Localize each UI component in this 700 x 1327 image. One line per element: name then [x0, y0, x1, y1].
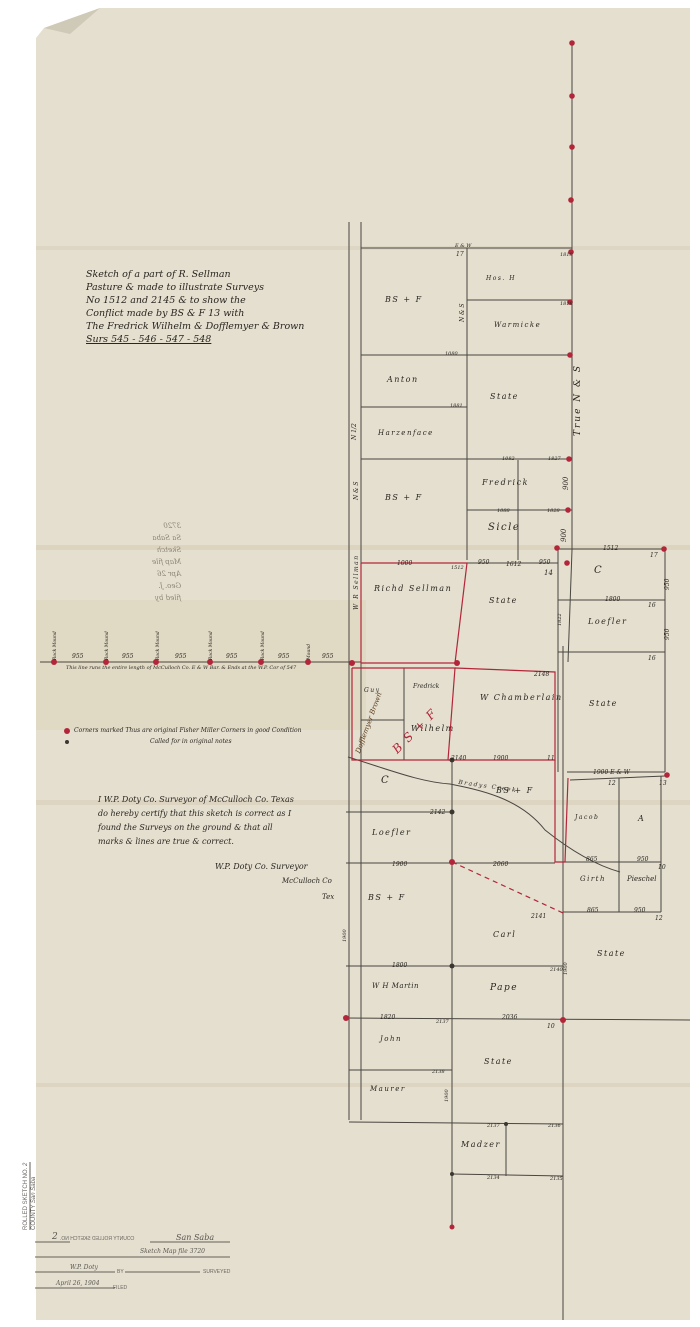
- line-label-n-half: N 1/2: [352, 423, 358, 440]
- number-label: 2138: [432, 1070, 445, 1075]
- stamp-sketch-file: Sketch Map file 3720: [140, 1249, 205, 1255]
- survey-bsf-lower: BS + F: [368, 894, 406, 902]
- title-note-line: Conflict made by BS & F 13 with: [86, 307, 304, 320]
- number-label: 950: [637, 857, 648, 863]
- survey-c-mid: C: [381, 776, 390, 786]
- certificate-line: do hereby certify that this sketch is co…: [98, 807, 294, 821]
- stamp-by-label: BY: [117, 1269, 124, 1275]
- number-label: 1881: [450, 404, 463, 409]
- number-label: 1080: [445, 352, 458, 357]
- number-label: 1900 E & W: [593, 770, 630, 776]
- number-label: 1822: [558, 613, 563, 626]
- stamp-rolled-sketch-number: 2: [52, 1233, 58, 1242]
- number-label: 2134: [487, 1176, 500, 1181]
- baseline-distance: 955: [122, 654, 133, 660]
- side-stamp: ROLLED SKETCH NO. 2 COUNTY San Saba: [22, 1163, 38, 1230]
- stamp-filed-date: April 26, 1904: [56, 1281, 100, 1287]
- number-label: 1512: [603, 546, 618, 552]
- survey-bsf-creek: BS + F: [496, 787, 534, 795]
- survey-map: [0, 0, 700, 1327]
- number-label: 2135: [550, 1177, 563, 1182]
- certificate-line: found the Surveys on the ground & that a…: [98, 821, 294, 835]
- stamp-surveyed-label: SURVEYED: [203, 1269, 230, 1275]
- survey-anton: Anton: [387, 376, 419, 384]
- survey-loefler-right: Loefler: [588, 618, 627, 626]
- number-label: 950: [665, 579, 671, 590]
- number-label: 2142: [430, 810, 445, 816]
- number-label: 1900: [343, 929, 348, 942]
- baseline-distance: 955: [72, 654, 83, 660]
- baseline-distance: 955: [175, 654, 186, 660]
- side-stamp-county: San Saba: [31, 1177, 37, 1203]
- number-label: 1900: [445, 1089, 450, 1102]
- line-label-wr-sellman: W R Sellman: [354, 554, 360, 610]
- number-label: 1088: [497, 509, 510, 514]
- number-label: 16: [648, 656, 656, 662]
- number-label: 2136: [548, 1124, 561, 1129]
- survey-warmicke: Warmicke: [494, 322, 541, 329]
- number-label: 1082: [502, 457, 515, 462]
- number-label: 950: [478, 560, 489, 566]
- title-note: Sketch of a part of R. Sellman Pasture &…: [86, 268, 304, 346]
- survey-maurer: Maurer: [370, 1086, 406, 1093]
- number-label: 950: [539, 560, 550, 566]
- number-label: 16: [648, 603, 656, 609]
- title-note-line: Surs 545 - 546 - 547 - 548: [86, 333, 304, 346]
- survey-carl: Carl: [493, 931, 516, 939]
- number-label: 10: [658, 865, 666, 871]
- number-label: 1900: [493, 756, 508, 762]
- number-label: 2137: [436, 1020, 449, 1025]
- number-label: 900: [563, 477, 570, 490]
- survey-wh-martin: W H Martin: [372, 983, 419, 990]
- number-label: 1818: [560, 253, 573, 258]
- stamp-filed-label: FILED: [113, 1285, 127, 1291]
- number-label: 865: [587, 908, 598, 914]
- stamp-rolled-sketch-label: COUNTY ROLLED SKETCH NO.: [60, 1236, 134, 1242]
- filing-note-line: filed by: [152, 592, 181, 604]
- filing-note-line: 3720: [152, 520, 181, 532]
- survey-bsf-top: BS + F: [385, 296, 423, 304]
- certificate-line: I W.P. Doty Co. Surveyor of McCulloch Co…: [98, 793, 294, 807]
- number-label: 10: [547, 1024, 555, 1030]
- baseline-corner-label: Rock Mound: [262, 631, 267, 660]
- baseline-distance: 955: [226, 654, 237, 660]
- filing-note-line: Apr 26: [152, 568, 181, 580]
- filing-note-line: Sketch: [152, 544, 181, 556]
- signature-state: Tex: [322, 894, 334, 901]
- survey-bsf-mid: BS + F: [385, 494, 423, 502]
- title-note-line: Sketch of a part of R. Sellman: [86, 268, 304, 281]
- survey-w-chamberlain: W Chamberlain: [480, 694, 563, 702]
- number-label: 17: [650, 553, 658, 559]
- number-label: 1800: [605, 597, 620, 603]
- number-label: 1512: [451, 566, 464, 571]
- signature-county: McCulloch Co: [282, 878, 332, 885]
- number-label: 2140: [451, 756, 466, 762]
- baseline-corner-label: Rock Mound: [210, 631, 215, 660]
- survey-state-right: State: [589, 700, 618, 708]
- fold-crease-4: [36, 1083, 690, 1087]
- survey-pape: Pape: [490, 984, 518, 993]
- survey-girth: Girth: [580, 876, 606, 883]
- line-label-ns-left: N & S: [354, 481, 360, 500]
- stamp-surveyed-by: W.P. Doty: [70, 1265, 98, 1271]
- number-label: 950: [634, 908, 645, 914]
- survey-pieschel: Pieschel: [627, 876, 657, 883]
- survey-richd-sellman: Richd Sellman: [374, 585, 452, 593]
- number-label: 865: [586, 857, 597, 863]
- title-note-line: No 1512 and 2145 & to show the: [86, 294, 304, 307]
- number-label: 950: [665, 629, 671, 640]
- survey-state-lower: State: [597, 950, 626, 958]
- baseline-distance: 955: [322, 654, 333, 660]
- survey-john: John: [380, 1036, 402, 1043]
- survey-sicle: Sicle: [488, 523, 520, 533]
- number-label: 1800: [392, 963, 407, 969]
- number-label: 1900: [392, 862, 407, 868]
- stamp-county-name: San Saba: [176, 1234, 214, 1242]
- side-stamp-county-label: COUNTY: [31, 1205, 37, 1230]
- baseline-distance: 955: [278, 654, 289, 660]
- survey-loefler-left: Loefler: [372, 829, 411, 837]
- legend-black-corner: Called for in original notes: [150, 739, 232, 745]
- survey-jacob: Jacob: [575, 815, 599, 821]
- certificate-line: marks & lines are true & correct.: [98, 835, 294, 849]
- survey-madzer: Madzer: [461, 1141, 501, 1149]
- number-label: 12: [608, 781, 616, 787]
- survey-state-bottom: State: [484, 1058, 513, 1066]
- number-label: 2141: [531, 914, 546, 920]
- number-label: 11: [547, 756, 555, 762]
- survey-c-top: C: [594, 566, 603, 576]
- side-stamp-number: 2: [23, 1163, 29, 1166]
- number-label: 1612: [506, 562, 521, 568]
- number-label: 1827: [548, 457, 561, 462]
- filing-note-line: Geo. J.: [152, 580, 181, 592]
- line-label-ew: E & W: [455, 244, 471, 249]
- number-label: 1000: [397, 561, 412, 567]
- baseline-corner-label: Rock Mound: [106, 631, 111, 660]
- number-label: 2060: [493, 862, 508, 868]
- number-label: 12: [655, 916, 663, 922]
- number-label: 17: [456, 252, 464, 258]
- survey-fredrick-small: Fredrick: [413, 684, 439, 690]
- number-label: 1818: [560, 302, 573, 307]
- title-note-line: Pasture & made to illustrate Surveys: [86, 281, 304, 294]
- baseline-corner-label: Mound: [308, 644, 313, 660]
- survey-a: A: [638, 815, 645, 823]
- baseline-corner-label: Rock Mound: [157, 631, 162, 660]
- number-label: 2148: [534, 672, 549, 678]
- line-label-true-ns: True N & S: [574, 364, 583, 436]
- survey-harzenface: Harzenface: [378, 430, 434, 437]
- survey-state-top: State: [490, 393, 519, 401]
- number-label: 13: [659, 781, 667, 787]
- number-label: 2137: [487, 1124, 500, 1129]
- baseline-corner-label: Rock Mound: [54, 631, 59, 660]
- title-note-line: The Fredrick Wilhelm & Dofflemyer & Brow…: [86, 320, 304, 333]
- number-label: 1828: [547, 509, 560, 514]
- stamp-row-1: COUNTY ROLLED SKETCH NO.: [60, 1236, 134, 1242]
- legend-red-corner: Corners marked Thus are original Fisher …: [74, 728, 302, 734]
- number-label: 2140: [550, 968, 563, 973]
- number-label: 1820: [380, 1015, 395, 1021]
- filing-note-line: Map file: [152, 556, 181, 568]
- faded-filing-notes: 3720 Sa Saba Sketch Map file Apr 26 Geo.…: [152, 520, 181, 604]
- number-label: 2036: [502, 1015, 517, 1021]
- survey-state-mid: State: [489, 597, 518, 605]
- side-stamp-title: ROLLED SKETCH NO.: [23, 1168, 29, 1230]
- filing-note-line: Sa Saba: [152, 532, 181, 544]
- number-label: 14: [544, 570, 553, 577]
- survey-hos-h: Hos. H: [486, 276, 516, 282]
- survey-fredrick: Fredrick: [482, 479, 529, 487]
- line-label-ns-mid: N & S: [460, 303, 466, 322]
- surveyor-signature: W.P. Doty Co. Surveyor: [215, 863, 307, 871]
- number-label: 1900: [564, 962, 569, 975]
- number-label: 900: [561, 529, 568, 542]
- baseline-note: This line runs the entire length of McCu…: [66, 666, 296, 671]
- surveyor-certificate: I W.P. Doty Co. Surveyor of McCulloch Co…: [98, 793, 294, 849]
